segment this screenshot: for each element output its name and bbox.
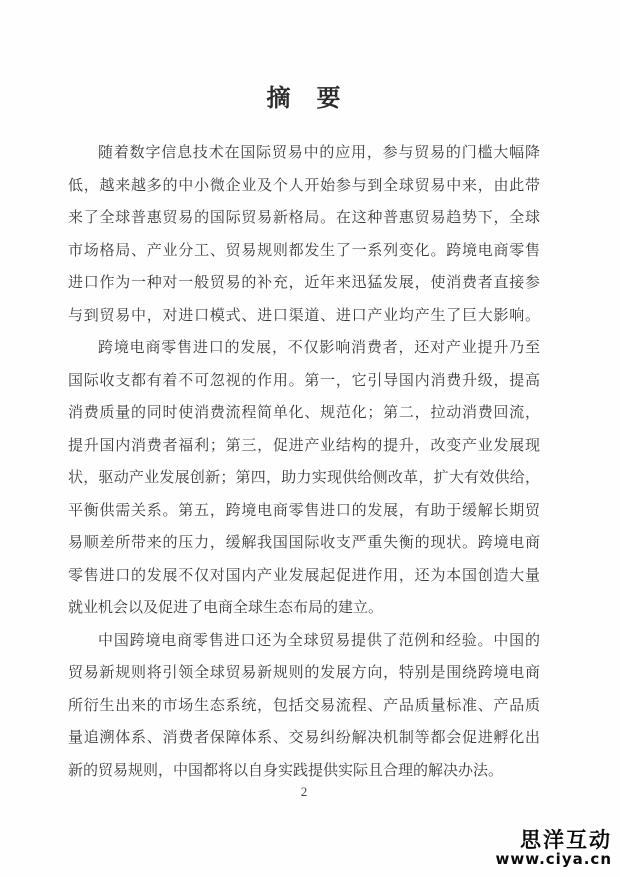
text-line: 就业机会以及促进了电商全球生态布局的建立。	[68, 592, 540, 625]
abstract-body: 随着数字信息技术在国际贸易中的应用，参与贸易的门槛大幅降 低，越来越多的中小微企…	[68, 137, 540, 787]
text-line: 状，驱动产业发展创新；第四，助力实现供给侧改革，扩大有效供给，	[68, 462, 540, 495]
text-line: 量追溯体系、消费者保障体系、交易纠纷解决机制等都会促进孵化出	[68, 722, 540, 755]
watermark: 思洋互动 www.ciya.cn	[495, 829, 612, 867]
text-line: 来了全球普惠贸易的国际贸易新格局。在这种普惠贸易趋势下，全球	[68, 202, 540, 235]
text-line: 贸易新规则将引领全球贸易新规则的发展方向，特别是围绕跨境电商	[68, 657, 540, 690]
text-line: 平衡供需关系。第五，跨境电商零售进口的发展，有助于缓解长期贸	[68, 495, 540, 528]
text-line: 国际收支都有着不可忽视的作用。第一，它引导国内消费升级，提高	[68, 365, 540, 398]
watermark-url: www.ciya.cn	[495, 851, 612, 867]
watermark-brand: 思洋互动	[495, 829, 612, 851]
abstract-title: 摘 要	[68, 78, 540, 113]
text-line: 所衍生出来的市场生态系统，包括交易流程、产品质量标准、产品质	[68, 690, 540, 723]
text-line: 提升国内消费者福利；第三，促进产业结构的提升，改变产业发展现	[68, 430, 540, 463]
text-line: 消费质量的同时使消费流程简单化、规范化；第二，拉动消费回流，	[68, 397, 540, 430]
page-number: 2	[68, 784, 540, 800]
text-line: 跨境电商零售进口的发展，不仅影响消费者，还对产业提升乃至	[68, 332, 540, 365]
document-page: 摘 要 随着数字信息技术在国际贸易中的应用，参与贸易的门槛大幅降 低，越来越多的…	[0, 0, 620, 877]
text-line: 易顺差所带来的压力，缓解我国国际收支严重失衡的现状。跨境电商	[68, 527, 540, 560]
text-line: 零售进口的发展不仅对国内产业发展起促进作用，还为本国创造大量	[68, 560, 540, 593]
text-line: 中国跨境电商零售进口还为全球贸易提供了范例和经验。中国的	[68, 625, 540, 658]
text-line: 随着数字信息技术在国际贸易中的应用，参与贸易的门槛大幅降	[68, 137, 540, 170]
text-line: 与到贸易中，对进口模式、进口渠道、进口产业均产生了巨大影响。	[68, 300, 540, 333]
text-line: 市场格局、产业分工、贸易规则都发生了一系列变化。跨境电商零售	[68, 235, 540, 268]
text-line: 进口作为一种对一般贸易的补充，近年来迅猛发展，使消费者直接参	[68, 267, 540, 300]
text-line: 低，越来越多的中小微企业及个人开始参与到全球贸易中来，由此带	[68, 170, 540, 203]
text-line: 新的贸易规则，中国都将以自身实践提供实际且合理的解决办法。	[68, 755, 540, 788]
